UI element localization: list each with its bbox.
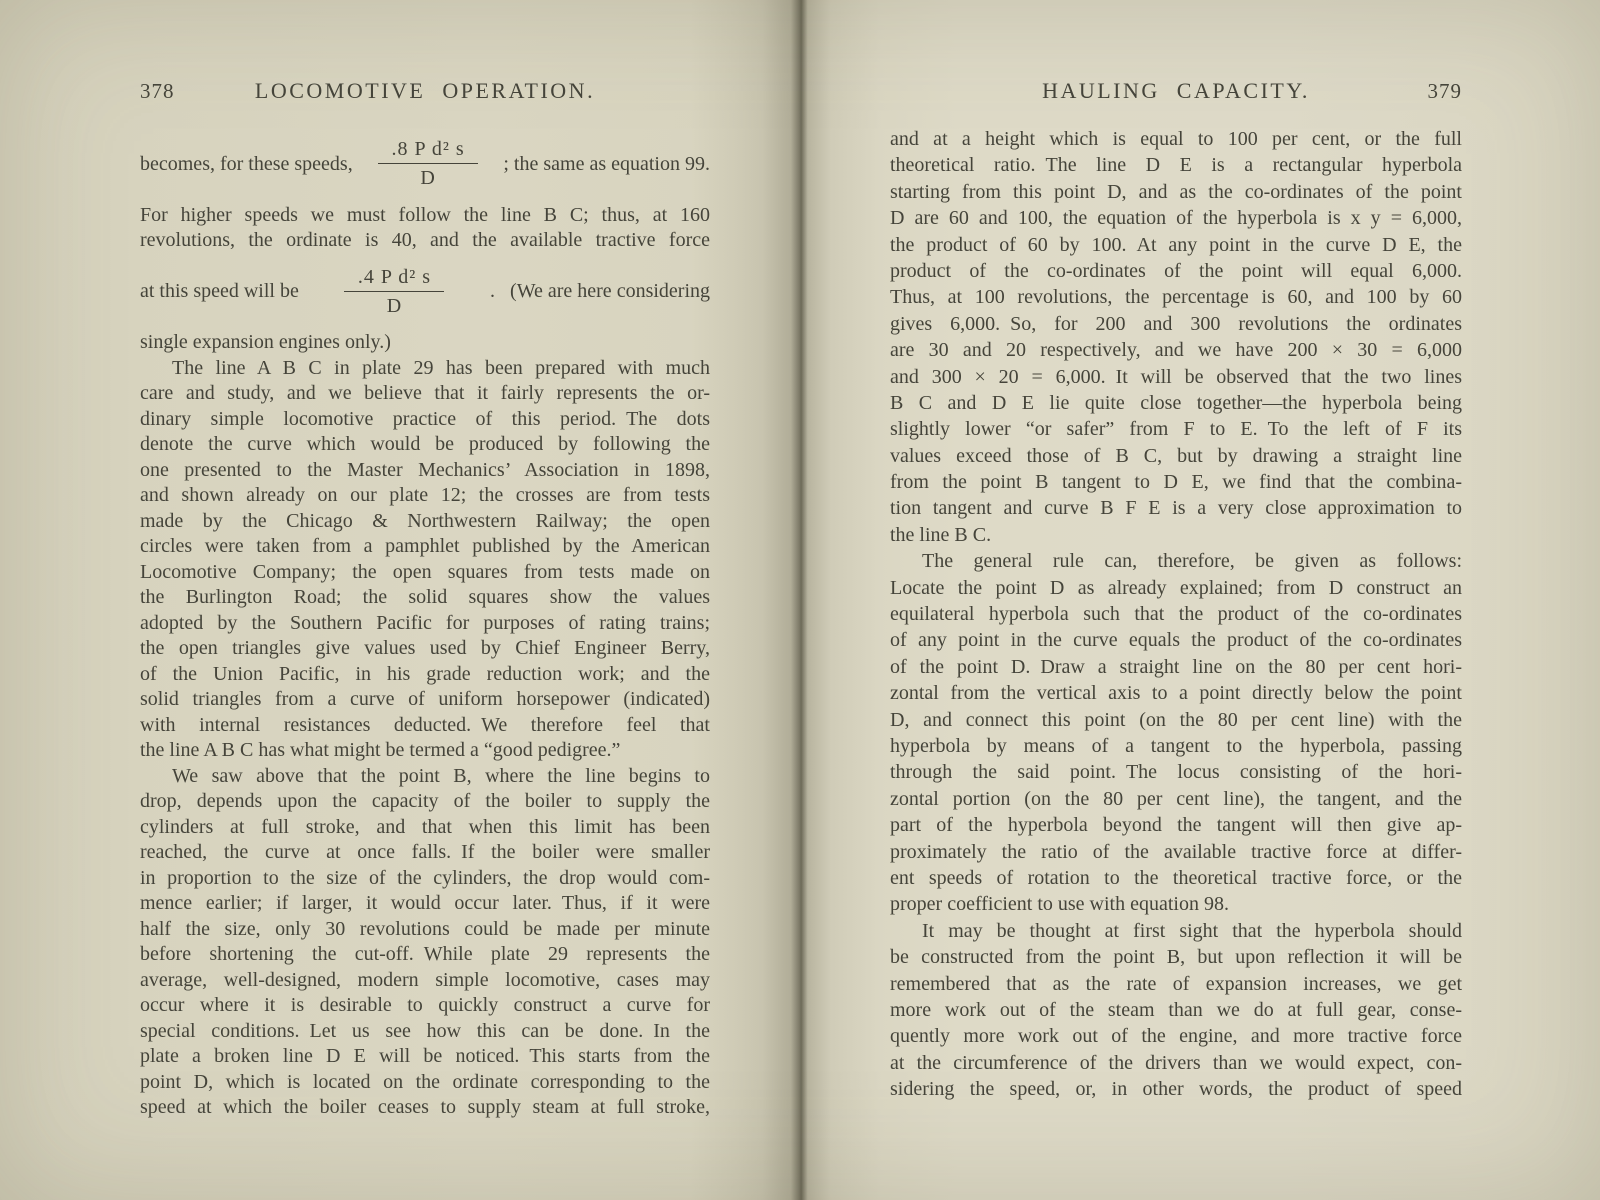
text-line: in proportion to the size of the cylinde…	[140, 866, 710, 892]
fraction-2-bar	[344, 291, 444, 292]
text-line: quently more work out of the engine, and…	[890, 1023, 1462, 1049]
text-line: at the circumference of the drivers than…	[890, 1050, 1462, 1076]
right-page-header: HAULING CAPACITY. 379	[890, 78, 1462, 104]
text-line: denote the curve which would be produced…	[140, 432, 710, 458]
text-line: the line A B C has what might be termed …	[140, 738, 710, 764]
left-page-header: 378 LOCOMOTIVE OPERATION.	[140, 78, 710, 104]
text-line: values exceed those of B C, but by drawi…	[890, 443, 1462, 469]
text-line: solid triangles from a curve of uniform …	[140, 687, 710, 713]
text-line: equilateral hyperbola such that the prod…	[890, 601, 1462, 627]
text-line: gives 6,000. So, for 200 and 300 revolut…	[890, 311, 1462, 337]
text-line: drop, depends upon the capacity of the b…	[140, 789, 710, 815]
text-line: starting from this point D, and as the c…	[890, 179, 1462, 205]
text-line: product of the co-ordinates of the point…	[890, 258, 1462, 284]
text-line: be constructed from the point B, but upo…	[890, 944, 1462, 970]
text-line: with internal resistances deducted. We t…	[140, 713, 710, 739]
text-line: and shown already on our plate 12; the c…	[140, 483, 710, 509]
text-line: circles were taken from a pamphlet publi…	[140, 534, 710, 560]
text-line: Thus, at 100 revolutions, the percentage…	[890, 284, 1462, 310]
text-line: D, and connect this point (on the 80 per…	[890, 707, 1462, 733]
text-line: occur where it is desirable to quickly c…	[140, 993, 710, 1019]
text-line: The line A B C in plate 29 has been prep…	[140, 356, 710, 382]
text-line: proper coefficient to use with equation …	[890, 891, 1462, 917]
text-line: more work out of the steam than we do at…	[890, 997, 1462, 1023]
text-line: of the point D. Draw a straight line on …	[890, 654, 1462, 680]
right-page-number: 379	[1428, 79, 1463, 104]
text-line: half the size, only 30 revolutions could…	[140, 917, 710, 943]
text-line: plate a broken line D E will be noticed.…	[140, 1044, 710, 1070]
left-page: 378 LOCOMOTIVE OPERATION. becomes, for t…	[140, 78, 710, 1121]
right-page-body: and at a height which is equal to 100 pe…	[890, 126, 1462, 1102]
text-line: slightly lower “or safer” from F to E. T…	[890, 416, 1462, 442]
text-line: of any point in the curve equals the pro…	[890, 627, 1462, 653]
text-line: For higher speeds we must follow the lin…	[140, 203, 710, 229]
text-line: It may be thought at first sight that th…	[890, 918, 1462, 944]
text-line: proximately the ratio of the available t…	[890, 839, 1462, 865]
text-line: through the said point. The locus consis…	[890, 759, 1462, 785]
text-line: one presented to the Master Mechanics’ A…	[140, 458, 710, 484]
book-spread: 378 LOCOMOTIVE OPERATION. becomes, for t…	[0, 0, 1600, 1200]
text-line: dinary simple locomotive practice of thi…	[140, 407, 710, 433]
text-line: the Burlington Road; the solid squares s…	[140, 585, 710, 611]
text-line: of the Union Pacific, in his grade reduc…	[140, 662, 710, 688]
right-page: HAULING CAPACITY. 379 and at a height wh…	[890, 78, 1462, 1102]
text-line: hyperbola by means of a tangent to the h…	[890, 733, 1462, 759]
equation-1-suffix: ; the same as equation 99.	[503, 152, 710, 178]
left-page-body: becomes, for these speeds, .8 P d² s D ;…	[140, 126, 710, 1121]
text-line: zontal portion (on the 80 per cent line)…	[890, 786, 1462, 812]
equation-2-prefix: at this speed will be	[140, 279, 299, 305]
equation-2-suffix: . (We are here considering	[490, 279, 710, 305]
fraction-1-denominator: D	[420, 166, 435, 191]
text-line: tion tangent and curve B F E is a very c…	[890, 495, 1462, 521]
text-line: the line B C.	[890, 522, 1462, 548]
text-line: care and study, and we believe that it f…	[140, 381, 710, 407]
text-line: part of the hyperbola beyond the tangent…	[890, 812, 1462, 838]
right-paragraphs: and at a height which is equal to 100 pe…	[890, 126, 1462, 1102]
text-line: B C and D E lie quite close together—the…	[890, 390, 1462, 416]
text-line: made by the Chicago & Northwestern Railw…	[140, 509, 710, 535]
text-line: cylinders at full stroke, and that when …	[140, 815, 710, 841]
text-line: adopted by the Southern Pacific for purp…	[140, 611, 710, 637]
text-line: mence earlier; if larger, it would occur…	[140, 891, 710, 917]
right-running-head: HAULING CAPACITY.	[890, 78, 1462, 104]
left-paragraphs: The line A B C in plate 29 has been prep…	[140, 356, 710, 1121]
text-line: point D, which is located on the ordinat…	[140, 1070, 710, 1096]
text-line: reached, the curve at once falls. If the…	[140, 840, 710, 866]
fraction-1: .8 P d² s D	[378, 137, 478, 191]
text-line: are 30 and 20 respectively, and we have …	[890, 337, 1462, 363]
text-line: theoretical ratio. The line D E is a rec…	[890, 152, 1462, 178]
fraction-2-numerator: .4 P d² s	[358, 265, 431, 290]
text-line: Locate the point D as already explained;…	[890, 575, 1462, 601]
text-line: before shortening the cut-off. While pla…	[140, 942, 710, 968]
text-line: revolutions, the ordinate is 40, and the…	[140, 228, 710, 254]
fraction-2-denominator: D	[387, 294, 402, 319]
left-running-head: LOCOMOTIVE OPERATION.	[140, 78, 710, 104]
text-line: We saw above that the point B, where the…	[140, 764, 710, 790]
text-line: Locomotive Company; the open squares fro…	[140, 560, 710, 586]
text-line: ent speeds of rotation to the theoretica…	[890, 865, 1462, 891]
text-line: special conditions. Let us see how this …	[140, 1019, 710, 1045]
text-line: the product of 60 by 100. At any point i…	[890, 232, 1462, 258]
equation-row-1: becomes, for these speeds, .8 P d² s D ;…	[140, 126, 710, 203]
text-line: The general rule can, therefore, be give…	[890, 548, 1462, 574]
text-line: remembered that as the rate of expansion…	[890, 971, 1462, 997]
text-line: and 300 × 20 = 6,000. It will be observe…	[890, 364, 1462, 390]
text-line: and at a height which is equal to 100 pe…	[890, 126, 1462, 152]
text-line: average, well-designed, modern simple lo…	[140, 968, 710, 994]
book-gutter-shadow	[690, 0, 880, 1200]
text-line: the open triangles give values used by C…	[140, 636, 710, 662]
equation-row-2: at this speed will be .4 P d² s D . (We …	[140, 254, 710, 331]
text-line: sidering the speed, or, in other words, …	[890, 1076, 1462, 1102]
equation-1-prefix: becomes, for these speeds,	[140, 152, 353, 178]
text-line: zontal from the vertical axis to a point…	[890, 680, 1462, 706]
fraction-2: .4 P d² s D	[344, 265, 444, 319]
text-line: single expansion engines only.)	[140, 330, 710, 356]
fraction-1-bar	[378, 163, 478, 164]
text-line: from the point B tangent to D E, we find…	[890, 469, 1462, 495]
fraction-1-numerator: .8 P d² s	[391, 137, 464, 162]
text-line: speed at which the boiler ceases to supp…	[140, 1095, 710, 1121]
text-line: D are 60 and 100, the equation of the hy…	[890, 205, 1462, 231]
